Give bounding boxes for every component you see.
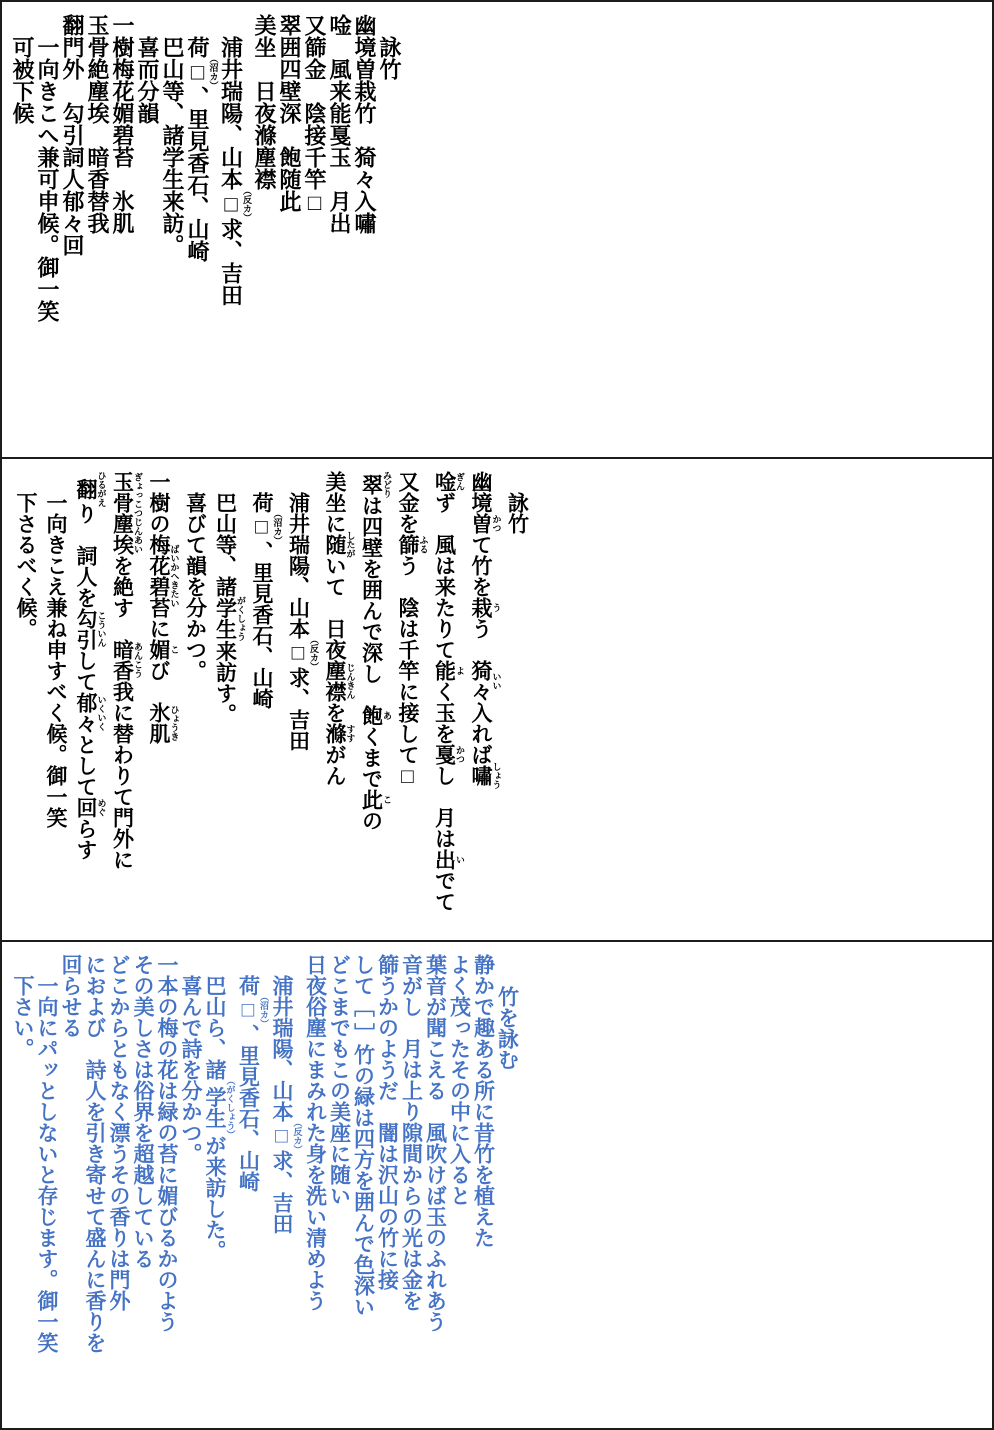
- ruby-annotated-text: □（反カ）: [287, 639, 310, 667]
- ruby-annotated-text: 篩ふる: [396, 534, 419, 555]
- ruby-annotated-text: 曽かつ: [469, 513, 492, 534]
- ruby-annotated-text: 梅花碧苔ばいかへきたい: [147, 534, 170, 618]
- ruby-annotated-text: 能よ: [433, 660, 456, 681]
- text-line: 回らせる: [58, 954, 82, 1420]
- text-line: 翻門外 勾引詞人郁々回: [60, 14, 85, 449]
- ruby-annotated-text: 勾引こういん: [74, 608, 97, 650]
- text-line: 可被下候: [10, 14, 35, 449]
- ruby-annotated-text: 随したが: [323, 534, 346, 555]
- text-line: 下さるべく候。: [10, 471, 40, 932]
- text-line: 音がし 月は上り隙間からの光は金を: [399, 954, 423, 1420]
- text-line: 巴山等、諸学生がくしょう来訪す。: [210, 471, 247, 932]
- text-line: 唫ぎんず 風は来たりて能よく玉を戛かつし 月は出いでて: [429, 471, 466, 932]
- text-line: よく茂ったその中に入ると: [447, 954, 471, 1420]
- text-line: 浦井瑞陽、山本□（反カ）求、吉田: [219, 14, 253, 449]
- poem-title: 竹を詠む: [495, 954, 519, 1420]
- text-line: 一向きこえ兼ね申すべく候。御一笑: [40, 471, 70, 932]
- text-line: どこからともなく漂うその香りは門外: [106, 954, 130, 1420]
- ruby-annotated-text: 学生がくしょう: [214, 597, 237, 641]
- text-line: 荷□（沼カ）、里見香石、山崎: [236, 954, 270, 1420]
- text-line: 翠みどりは四壁を囲んで深し 飽あくまで此この: [356, 471, 393, 932]
- ruby-annotated-text: 栽う: [469, 597, 492, 618]
- text-line: 浦井瑞陽、山本□（反カ）求、吉田: [283, 471, 320, 932]
- ruby-annotated-text: □（反カ）: [270, 1122, 293, 1150]
- ruby-annotated-text: 回めぐ: [74, 797, 97, 818]
- ruby-annotated-text: 塵襟じんきん: [323, 660, 346, 702]
- text-line: 荷□（沼カ）、里見香石、山崎: [185, 14, 219, 449]
- panel-modern-translation: 竹を詠む静かで趣ある所に昔竹を植えたよく茂ったその中に入ると葉音が聞こえる 風吹…: [0, 942, 994, 1430]
- text-line: 下さい。: [10, 954, 34, 1420]
- panel-kakikudashi-reading: 詠竹幽境曽かつて竹を栽うう 猗々いい入れば嘯しょう唫ぎんず 風は来たりて能よく玉…: [0, 459, 994, 942]
- text-line: 一樹の梅花碧苔ばいかへきたいに媚こび 氷肌ひょうき: [143, 471, 180, 932]
- text-line: どこまでもこの美座に随い: [327, 954, 351, 1420]
- poem-title: 詠竹: [502, 471, 532, 932]
- text-line: 玉骨絶塵埃 暗香替我: [85, 14, 110, 449]
- ruby-annotated-text: 滌すす: [323, 723, 346, 744]
- text-line: 玉骨塵埃ぎょっこつじんあいを絶す 暗香あんこう我に替わりて門外に: [107, 471, 144, 932]
- panel-kanbun-original: 詠竹幽境曽栽竹 猗々入嘯唫 風来能戛玉 月出又篩金 陰接千竿□翠囲四壁深 飽随此…: [0, 0, 994, 459]
- text-line: 美坐 日夜滌塵襟: [252, 14, 277, 449]
- text-line: 巴山ら、諸学生（がくしょう）が来訪した。: [202, 954, 236, 1420]
- text-line: 又金を篩ふるう 陰は千竿に接して□: [392, 471, 429, 932]
- ruby-annotated-text: 唫ぎん: [433, 471, 456, 492]
- text-line: 静かで趣ある所に昔竹を植えた: [471, 954, 495, 1420]
- ruby-annotated-text: □（沼カ）: [185, 58, 210, 86]
- modern-translation-text-block: 竹を詠む静かで趣ある所に昔竹を植えたよく茂ったその中に入ると葉音が聞こえる 風吹…: [2, 942, 533, 1428]
- ruby-annotated-text: □（沼カ）: [250, 513, 273, 541]
- text-line: 幽境曽かつて竹を栽うう 猗々いい入れば嘯しょう: [465, 471, 502, 932]
- text-line: して［ ］竹の緑は四方を囲んで色深い: [351, 954, 375, 1420]
- text-line: その美しさは俗界を超越している: [130, 954, 154, 1420]
- ruby-annotated-text: 学生（がくしょう）: [203, 1080, 226, 1135]
- ruby-annotated-text: 翻ひるがえ: [74, 471, 97, 503]
- text-line: 巴山等、諸学生来訪。: [160, 14, 185, 449]
- text-line: 一樹梅花媚碧苔 氷肌: [110, 14, 135, 449]
- text-line: 日夜俗塵にまみれた身を洗い清めよう: [303, 954, 327, 1420]
- ruby-annotated-text: 郁々いくいく: [74, 692, 97, 734]
- ruby-annotated-text: 出い: [433, 849, 456, 870]
- document-sheet: 詠竹幽境曽栽竹 猗々入嘯唫 風来能戛玉 月出又篩金 陰接千竿□翠囲四壁深 飽随此…: [0, 0, 994, 1430]
- text-line: 唫 風来能戛玉 月出: [327, 14, 352, 449]
- ruby-annotated-text: 猗々いい: [469, 660, 492, 702]
- text-line: 喜びて韻を分かつ。: [180, 471, 210, 932]
- text-line: 翠囲四壁深 飽随此: [277, 14, 302, 449]
- ruby-annotated-text: 氷肌ひょうき: [147, 702, 170, 744]
- text-line: 葉音が聞こえる 風吹けば玉のふれあう: [423, 954, 447, 1420]
- ruby-annotated-text: 翠みどり: [360, 471, 383, 495]
- text-line: 又篩金 陰接千竿□: [302, 14, 327, 449]
- text-line: 荷□（沼カ）、里見香石、山崎: [246, 471, 283, 932]
- text-line: 美坐に随したがいて 日夜塵襟じんきんを滌すすがん: [319, 471, 356, 932]
- text-line: 喜んで詩を分かつ。: [178, 954, 202, 1420]
- ruby-annotated-text: 暗香あんこう: [111, 639, 134, 681]
- ruby-annotated-text: 媚こ: [147, 639, 170, 660]
- text-line: におよび 詩人を引き寄せて盛んに香りを: [82, 954, 106, 1420]
- kanbun-text-block: 詠竹幽境曽栽竹 猗々入嘯唫 風来能戛玉 月出又篩金 陰接千竿□翠囲四壁深 飽随此…: [2, 2, 416, 457]
- text-line: 一向にパッとしないと存じます。御一笑: [34, 954, 58, 1420]
- ruby-annotated-text: □（反カ）: [219, 190, 244, 218]
- text-line: 幽境曽栽竹 猗々入嘯: [352, 14, 377, 449]
- ruby-annotated-text: 飽あ: [360, 705, 383, 726]
- text-line: 一向きこへ兼可申候。御一笑: [35, 14, 60, 449]
- text-line: 喜而分韻: [135, 14, 160, 449]
- text-line: 浦井瑞陽、山本□（反カ）求、吉田: [269, 954, 303, 1420]
- ruby-annotated-text: 玉骨塵埃ぎょっこつじんあい: [111, 471, 134, 555]
- poem-title: 詠竹: [377, 14, 402, 449]
- ruby-annotated-text: □（沼カ）: [237, 996, 260, 1024]
- text-line: 篩うかのようだ 闇は沢山の竹に接: [375, 954, 399, 1420]
- ruby-annotated-text: 戛かつ: [433, 744, 456, 765]
- kakikudashi-text-block: 詠竹幽境曽かつて竹を栽うう 猗々いい入れば嘯しょう唫ぎんず 風は来たりて能よく玉…: [2, 459, 546, 940]
- ruby-annotated-text: 此こ: [360, 789, 383, 810]
- ruby-annotated-text: 嘯しょう: [469, 765, 492, 789]
- text-line: 一本の梅の花は緑の苔に媚びるかのよう: [154, 954, 178, 1420]
- text-line: 翻ひるがえり 詞人を勾引こういんして郁々いくいくとして回めぐらす: [70, 471, 107, 932]
